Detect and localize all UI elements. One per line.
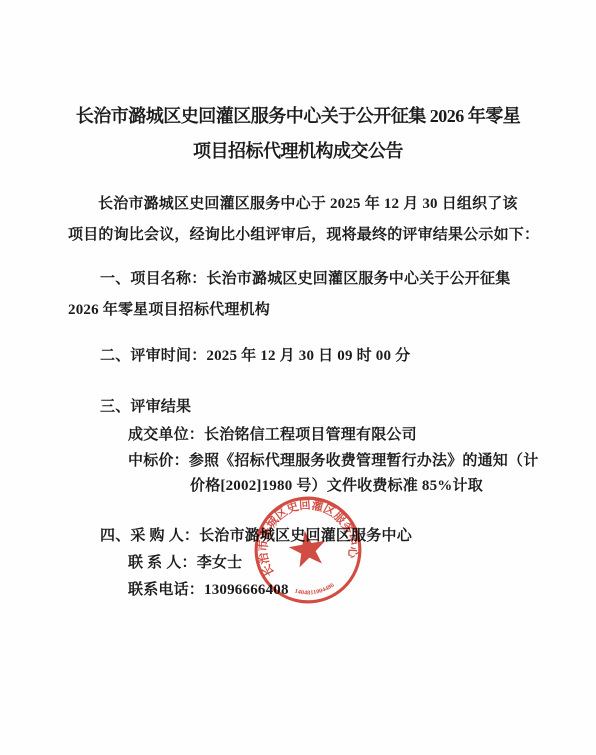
contact-person-line: 联 系 人：李女士 (128, 552, 242, 574)
official-red-seal: 长治市潞城区史回灌区服务中心 1404811004486 (242, 484, 374, 616)
seal-star-icon (287, 528, 329, 569)
section-project-name-line-2: 2026 年零星项目招标代理机构 (68, 299, 270, 321)
award-price-line-1: 中标价：参照《招标代理服务收费管理暂行办法》的通知（计 (128, 450, 538, 472)
document-title: 长治市潞城区史回灌区服务中心关于公开征集 2026 年零星 项目招标代理机构成交… (30, 99, 566, 169)
title-line-1: 长治市潞城区史回灌区服务中心关于公开征集 2026 年零星 (30, 99, 566, 134)
section-review-time: 二、评审时间：2025 年 12 月 30 日 09 时 00 分 (100, 345, 410, 367)
title-line-2: 项目招标代理机构成交公告 (30, 134, 566, 169)
announcement-document-page: 长治市潞城区史回灌区服务中心关于公开征集 2026 年零星 项目招标代理机构成交… (0, 0, 596, 755)
section-project-name-line-1: 一、项目名称：长治市潞城区史回灌区服务中心关于公开征集 (100, 268, 510, 290)
award-unit-line: 成交单位：长治铭信工程项目管理有限公司 (128, 424, 417, 446)
intro-paragraph-line-1: 长治市潞城区史回灌区服务中心于 2025 年 12 月 30 日组织了该 (98, 193, 518, 215)
section-review-result-heading: 三、评审结果 (100, 396, 191, 418)
intro-paragraph-line-2: 项目的询比会议，经询比小组评审后，现将最终的评审结果公示如下： (68, 224, 539, 246)
